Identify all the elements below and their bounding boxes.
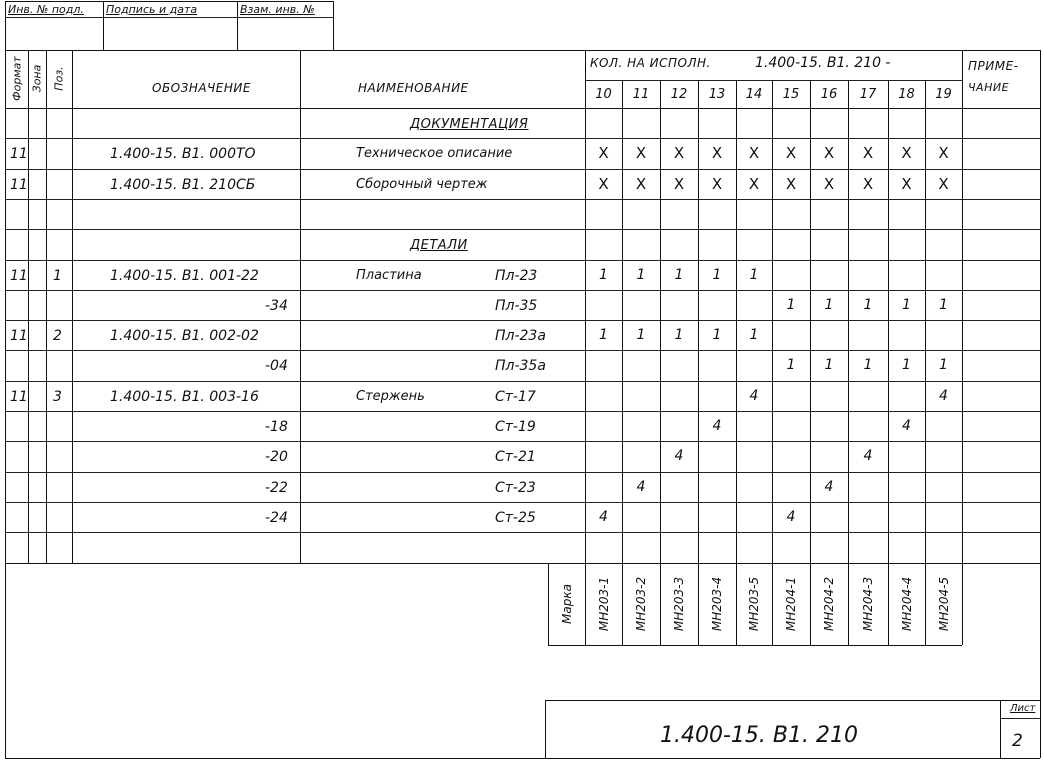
grid-line-v [72, 50, 73, 563]
mark-item: МН203-1 [597, 564, 611, 644]
header-variant-17: 17 [848, 88, 888, 101]
header-designation: Обозначение [152, 82, 251, 94]
qty-cell: 1 [736, 268, 772, 282]
section-heading: Документация [410, 118, 528, 131]
row-subname: Ст-25 [495, 511, 536, 525]
qty-cell: 4 [888, 419, 925, 433]
row-name: Техническое описание [356, 147, 512, 160]
qty-cell: 1 [772, 358, 810, 372]
qty-cell: X [810, 146, 848, 161]
row-subname: Пл-35а [495, 359, 546, 373]
qty-cell: 1 [585, 268, 622, 282]
grid-line-h [548, 645, 962, 646]
row-subname: Ст-19 [495, 420, 536, 434]
grid-line-v [333, 1, 334, 50]
mark-item: МН204-1 [784, 564, 798, 644]
grid-line-v [925, 563, 926, 646]
qty-cell: 4 [698, 419, 736, 433]
mark-item: МН203-4 [710, 564, 724, 644]
grid-line-v [103, 1, 104, 50]
header-variant-16: 16 [810, 88, 848, 101]
grid-line-h [585, 80, 962, 81]
grid-line-h [5, 229, 1040, 230]
grid-line-v [772, 563, 773, 646]
grid-line-v [848, 563, 849, 646]
qty-cell: 1 [810, 358, 848, 372]
qty-cell: 1 [810, 298, 848, 312]
row-pos: 2 [53, 329, 62, 343]
grid-line-v [585, 50, 586, 563]
row-format: 11 [10, 178, 28, 192]
row-pos: 3 [53, 390, 62, 404]
qty-cell: 4 [585, 510, 622, 524]
grid-line-v [962, 563, 963, 646]
qty-cell: 1 [888, 358, 925, 372]
row-designation: -18 [265, 420, 288, 434]
sheet-number: 2 [1012, 733, 1023, 750]
row-format: 11 [10, 269, 28, 283]
row-name: Сборочный чертеж [356, 178, 488, 191]
header-variant-14: 14 [736, 88, 772, 101]
row-pos: 1 [53, 269, 62, 283]
qty-cell: 4 [925, 389, 962, 403]
row-designation: -20 [265, 450, 288, 464]
grid-line-v [660, 563, 661, 646]
grid-line-v [548, 563, 549, 646]
grid-line-h [5, 758, 1040, 759]
mark-item: МН203-3 [672, 564, 686, 644]
row-designation: 1.400-15. В1. 000ТО [110, 147, 256, 161]
qty-cell: 1 [888, 298, 925, 312]
header-variant-18: 18 [888, 88, 925, 101]
qty-cell: X [888, 177, 925, 192]
qty-cell: 1 [736, 328, 772, 342]
mark-item: МН204-2 [822, 564, 836, 644]
grid-line-v [1000, 700, 1001, 758]
row-format: 11 [10, 147, 28, 161]
row-subname: Пл-23 [495, 269, 537, 283]
grid-line-h [5, 381, 1040, 382]
header-variant-13: 13 [698, 88, 736, 101]
grid-line-h [5, 138, 1040, 139]
qty-cell: X [622, 146, 660, 161]
stamp-label-1: Подпись и дата [106, 4, 197, 15]
row-designation: -04 [265, 359, 288, 373]
grid-line-v [736, 563, 737, 646]
mark-item: МН203-2 [634, 564, 648, 644]
header-variant-11: 11 [622, 88, 660, 101]
mark-item: МН203-5 [747, 564, 761, 644]
row-subname: Ст-17 [495, 390, 536, 404]
document-number: 1.400-15. В1. 210 [660, 725, 858, 747]
qty-cell: 4 [736, 389, 772, 403]
row-designation: -24 [265, 511, 288, 525]
header-note-line1: Приме- [968, 60, 1019, 72]
qty-cell: X [660, 177, 698, 192]
qty-cell: X [810, 177, 848, 192]
grid-line-h [5, 472, 1040, 473]
row-designation: 1.400-15. В1. 002-02 [110, 329, 259, 343]
qty-cell: X [585, 177, 622, 192]
qty-cell: 4 [772, 510, 810, 524]
grid-line-h [5, 169, 1040, 170]
row-subname: Ст-21 [495, 450, 536, 464]
grid-line-v [545, 700, 546, 758]
qty-cell: 4 [660, 449, 698, 463]
grid-line-v [300, 50, 301, 563]
grid-line-v [622, 563, 623, 646]
qty-cell: 4 [622, 480, 660, 494]
marks-label: Марка [560, 564, 574, 644]
qty-cell: 4 [810, 480, 848, 494]
grid-line-h [5, 320, 1040, 321]
qty-cell: X [585, 146, 622, 161]
qty-cell: X [736, 146, 772, 161]
grid-line-v [585, 563, 586, 646]
qty-cell: 1 [660, 328, 698, 342]
row-designation: 1.400-15. В1. 003-16 [110, 390, 259, 404]
grid-line-h [545, 700, 1040, 701]
grid-line-v [5, 1, 6, 50]
header-name: Наименование [358, 82, 469, 94]
grid-line-h [5, 441, 1040, 442]
qty-cell: X [698, 177, 736, 192]
grid-line-v [1040, 50, 1041, 758]
grid-line-v [810, 563, 811, 646]
grid-line-h [5, 290, 1040, 291]
row-subname: Ст-23 [495, 481, 536, 495]
row-format: 11 [10, 390, 28, 404]
header-note-line2: чание [968, 82, 1009, 93]
grid-line-h [5, 563, 1040, 564]
qty-cell: X [772, 177, 810, 192]
qty-cell: 1 [848, 358, 888, 372]
qty-cell: X [925, 177, 962, 192]
section-heading: Детали [410, 239, 468, 252]
qty-cell: 1 [772, 298, 810, 312]
grid-line-h [5, 17, 333, 18]
mark-item: МН204-5 [937, 564, 951, 644]
qty-cell: 1 [698, 328, 736, 342]
qty-cell: 1 [925, 298, 962, 312]
grid-line-v [237, 1, 238, 50]
qty-cell: X [848, 146, 888, 161]
row-name: Стержень [356, 390, 425, 403]
qty-cell: X [925, 146, 962, 161]
grid-line-v [28, 50, 29, 563]
stamp-label-0: Инв. № подл. [8, 4, 84, 15]
mark-item: МН204-4 [900, 564, 914, 644]
grid-line-h [5, 50, 1040, 51]
qty-cell: 1 [660, 268, 698, 282]
grid-line-h [5, 411, 1040, 412]
row-subname: Пл-35 [495, 299, 537, 313]
grid-line-h [5, 350, 1040, 351]
header-qty-label: Кол. на исполн. [590, 57, 711, 69]
grid-line-h [5, 502, 1040, 503]
qty-cell: 1 [848, 298, 888, 312]
row-designation: -34 [265, 299, 288, 313]
qty-cell: 1 [925, 358, 962, 372]
header-format: Формат [10, 51, 23, 107]
qty-cell: X [736, 177, 772, 192]
grid-line-v [888, 563, 889, 646]
grid-line-v [46, 50, 47, 563]
qty-cell: X [622, 177, 660, 192]
grid-line-h [5, 108, 1040, 109]
sheet-label: Лист [1010, 704, 1035, 714]
grid-line-h [5, 532, 1040, 533]
grid-line-v [5, 50, 6, 758]
grid-line-v [962, 50, 963, 563]
header-variant-19: 19 [925, 88, 962, 101]
row-designation: -22 [265, 481, 288, 495]
grid-line-h [5, 260, 1040, 261]
row-designation: 1.400-15. В1. 210СБ [110, 178, 255, 192]
qty-cell: X [772, 146, 810, 161]
header-variant-12: 12 [660, 88, 698, 101]
row-format: 11 [10, 329, 28, 343]
header-variant-15: 15 [772, 88, 810, 101]
row-subname: Пл-23а [495, 329, 546, 343]
stamp-label-2: Взам. инв. № [240, 4, 315, 15]
qty-cell: 1 [622, 328, 660, 342]
qty-cell: X [698, 146, 736, 161]
mark-item: МН204-3 [861, 564, 875, 644]
qty-cell: 1 [585, 328, 622, 342]
grid-line-h [1000, 718, 1040, 719]
grid-line-h [5, 1, 333, 2]
qty-cell: X [848, 177, 888, 192]
grid-line-h [5, 199, 1040, 200]
qty-cell: 1 [622, 268, 660, 282]
row-designation: 1.400-15. В1. 001-22 [110, 269, 259, 283]
grid-line-v [698, 563, 699, 646]
qty-cell: X [660, 146, 698, 161]
qty-cell: 1 [698, 268, 736, 282]
header-base-designation: 1.400-15. В1. 210 - [755, 56, 890, 70]
header-zone: Зона [31, 51, 44, 107]
row-name: Пластина [356, 269, 422, 282]
qty-cell: 4 [848, 449, 888, 463]
header-pos: Поз. [53, 51, 66, 107]
header-variant-10: 10 [585, 88, 622, 101]
qty-cell: X [888, 146, 925, 161]
